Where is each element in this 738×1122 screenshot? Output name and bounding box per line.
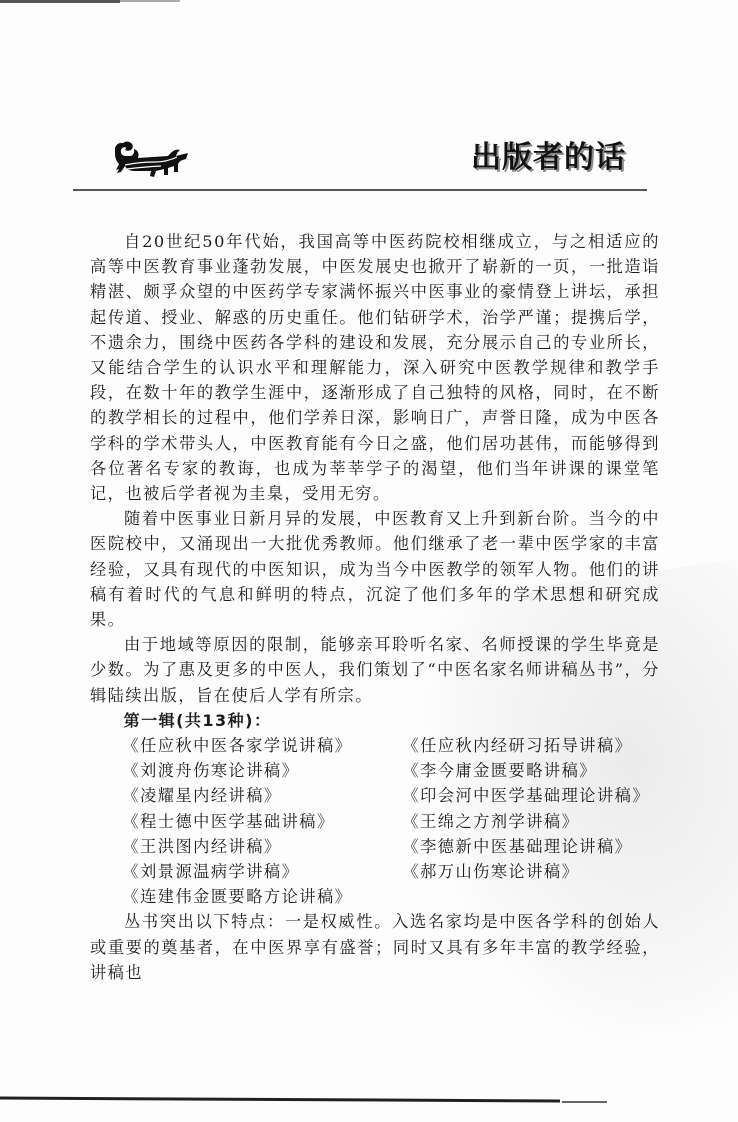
scan-edge-mark [0, 0, 120, 3]
book-title: 《印会河中医学基础理论讲稿》 [402, 783, 682, 808]
book-title: 《任应秋中医各家学说讲稿》 [122, 733, 402, 758]
book-title: 《李德新中医基础理论讲稿》 [402, 834, 682, 859]
page-title: 出版者的话 [471, 132, 626, 176]
paragraph: 自20世纪50年代始，我国高等中医药院校相继成立，与之相适应的高等中医教育事业蓬… [90, 229, 660, 506]
book-title: 《任应秋内经研习拓导讲稿》 [402, 733, 682, 758]
paragraph: 丛书突出以下特点：一是权威性。入选名家均是中医各学科的创始人或重要的奠基者，在中… [90, 909, 660, 985]
header-divider [73, 189, 647, 191]
footer-divider-fragment [562, 1101, 607, 1103]
paragraph: 由于地域等原因的限制，能够亲耳聆听名家、名师授课的学生毕竟是少数。为了惠及更多的… [90, 632, 660, 708]
book-list: 《任应秋中医各家学说讲稿》 《任应秋内经研习拓导讲稿》 《刘渡舟伤寒论讲稿》 《… [90, 733, 660, 909]
document-body: 自20世纪50年代始，我国高等中医药院校相继成立，与之相适应的高等中医教育事业蓬… [90, 229, 660, 985]
footer-divider [0, 1097, 560, 1103]
book-title: 《王绵之方剂学讲稿》 [402, 809, 682, 834]
book-title: 《李今庸金匮要略讲稿》 [402, 758, 682, 783]
paragraph: 随着中医事业日新月异的发展，中医教育又上升到新台阶。当今的中医院校中，又涌现出一… [90, 506, 660, 632]
book-title: 《连建伟金匮要略方论讲稿》 [122, 884, 402, 909]
book-title: 《刘景源温病学讲稿》 [122, 859, 402, 884]
book-title: 《王洪图内经讲稿》 [122, 834, 402, 859]
scan-edge-mark [120, 0, 180, 2]
book-title: 《郝万山伤寒论讲稿》 [402, 859, 682, 884]
book-title: 《程士德中医学基础讲稿》 [122, 809, 402, 834]
series-heading: 第一辑(共13种)： [90, 708, 660, 733]
book-title: 《凌耀星内经讲稿》 [122, 783, 402, 808]
dragon-ornament-icon [109, 138, 199, 183]
book-title: 《刘渡舟伤寒论讲稿》 [122, 758, 402, 783]
page-header: 出版者的话 [73, 118, 646, 198]
